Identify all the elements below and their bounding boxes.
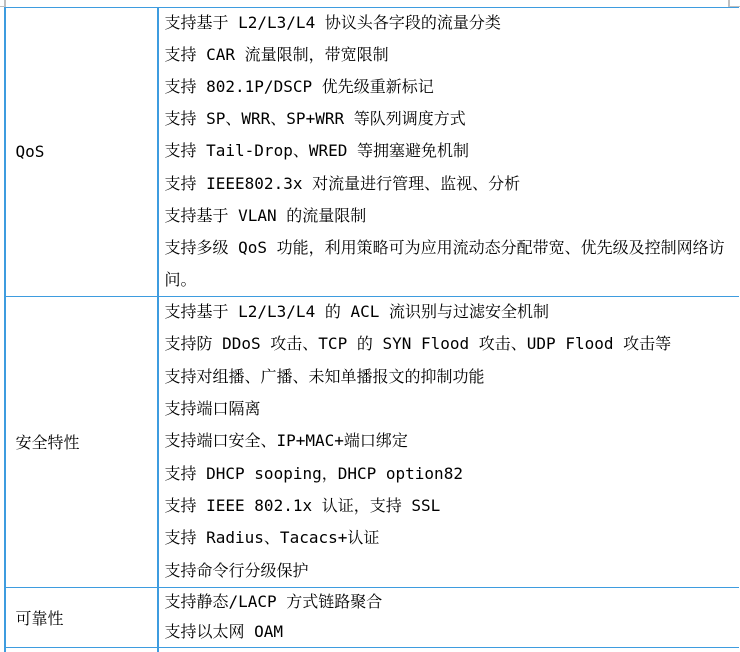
category-label: 可靠性	[16, 606, 64, 629]
feature-item: 支持 Radius、Tacacs+认证	[165, 522, 734, 554]
row-features-cell: 支持基于 L2/L3/L4 协议头各字段的流量分类 支持 CAR 流量限制，带宽…	[159, 7, 740, 296]
feature-item: 支持静态/LACP 方式链路聚合	[165, 587, 734, 617]
feature-item: 支持 SP、WRR、SP+WRR 等队列调度方式	[165, 103, 734, 135]
table-left-border	[4, 7, 6, 652]
column-separator	[157, 7, 159, 652]
spec-row-security: 安全特性 支持基于 L2/L3/L4 的 ACL 流识别与过滤安全机制 支持防 …	[4, 296, 739, 587]
feature-item: 支持基于 VLAN 的流量限制	[165, 200, 734, 232]
row-label-cell: 可靠性	[6, 587, 157, 647]
spec-row-reliability: 可靠性 支持静态/LACP 方式链路聚合 支持以太网 OAM	[4, 587, 739, 647]
feature-item: 支持命令行分级保护	[165, 555, 734, 587]
feature-item: 支持 IEEE802.3x 对流量进行管理、监视、分析	[165, 168, 734, 200]
feature-item: 支持防 DDoS 攻击、TCP 的 SYN Flood 攻击、UDP Flood…	[165, 328, 734, 360]
category-label: QoS	[16, 142, 45, 161]
feature-item: 支持 CAR 流量限制，带宽限制	[165, 39, 734, 71]
feature-item: 支持基于 L2/L3/L4 的 ACL 流识别与过滤安全机制	[165, 296, 734, 328]
row-separator-bottom	[4, 647, 739, 649]
category-label: 安全特性	[16, 430, 80, 453]
row-features-cell: 支持静态/LACP 方式链路聚合 支持以太网 OAM	[159, 587, 740, 647]
feature-item: 支持基于 L2/L3/L4 协议头各字段的流量分类	[165, 7, 734, 39]
row-label-cell: QoS	[6, 7, 157, 296]
feature-item: 支持多级 QoS 功能，利用策略可为应用流动态分配带宽、优先级及控制网络访问。	[165, 232, 734, 296]
row-separator-qos-security	[4, 296, 739, 298]
feature-item: 支持 802.1P/DSCP 优先级重新标记	[165, 71, 734, 103]
row-label-cell: 安全特性	[6, 296, 157, 587]
feature-item: 支持 IEEE 802.1x 认证，支持 SSL	[165, 490, 734, 522]
spec-row-qos: QoS 支持基于 L2/L3/L4 协议头各字段的流量分类 支持 CAR 流量限…	[4, 7, 739, 296]
feature-item: 支持对组播、广播、未知单播报文的抑制功能	[165, 361, 734, 393]
feature-item: 支持 DHCP sooping，DHCP option82	[165, 458, 734, 490]
feature-item: 支持 Tail-Drop、WRED 等拥塞避免机制	[165, 135, 734, 167]
feature-item: 支持以太网 OAM	[165, 617, 734, 647]
row-features-cell: 支持基于 L2/L3/L4 的 ACL 流识别与过滤安全机制 支持防 DDoS …	[159, 296, 740, 587]
feature-item: 支持端口隔离	[165, 393, 734, 425]
spec-document-page: QoS 支持基于 L2/L3/L4 协议头各字段的流量分类 支持 CAR 流量限…	[0, 0, 740, 652]
row-separator-security-reliability	[4, 587, 739, 589]
table-top-border	[4, 7, 739, 9]
feature-item: 支持端口安全、IP+MAC+端口绑定	[165, 425, 734, 457]
